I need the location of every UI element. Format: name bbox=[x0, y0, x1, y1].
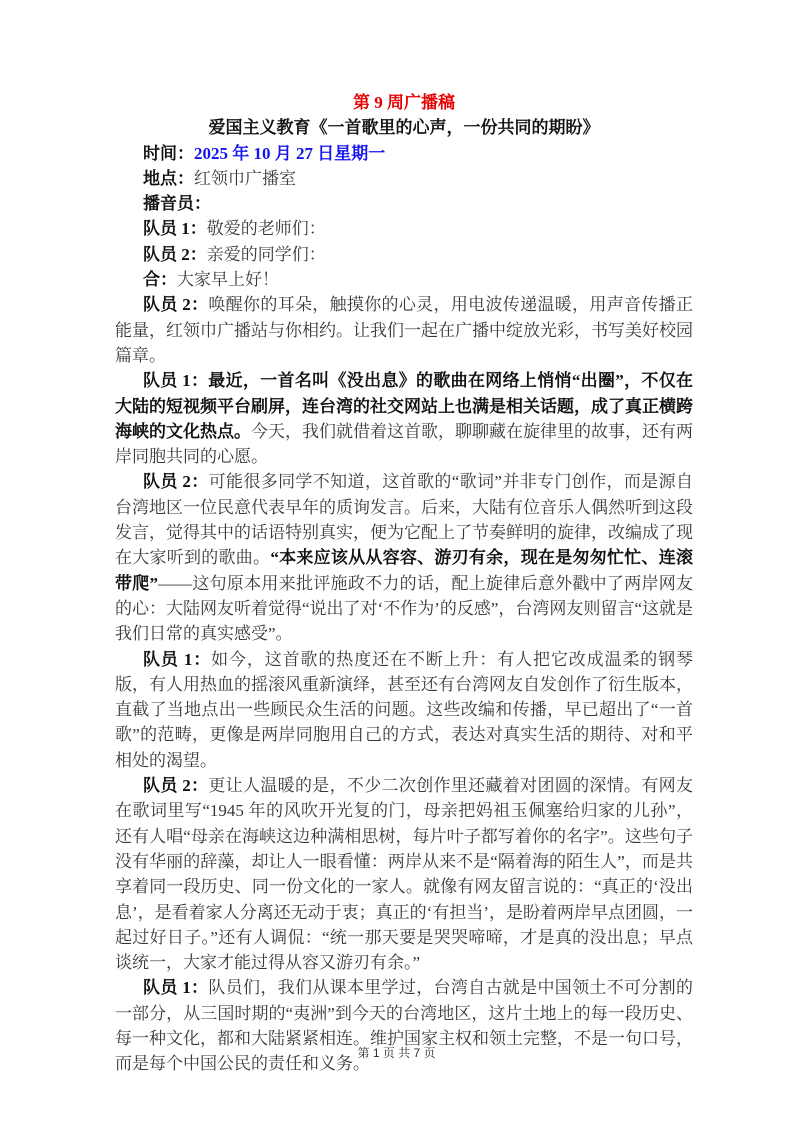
text-run: 合： bbox=[143, 270, 177, 289]
paragraph: 播音员： bbox=[115, 191, 693, 216]
paragraph: 地点：红领巾广播室 bbox=[115, 166, 693, 191]
paragraph: 合：大家早上好！ bbox=[115, 267, 693, 292]
paragraph: 队员 2：可能很多同学不知道，这首歌的“歌词”并非专门创作，而是源自台湾地区一位… bbox=[115, 469, 693, 646]
text-run: 队员 2： bbox=[143, 472, 209, 491]
paragraph: 队员 2：更让人温暖的是，不少二次创作里还藏着对团圆的深情。有网友在歌词里写“1… bbox=[115, 773, 693, 975]
text-run: 更让人温暖的是，不少二次创作里还藏着对团圆的深情。有网友在歌词里写“1945 年… bbox=[115, 776, 693, 972]
text-run: 队员 1： bbox=[143, 219, 207, 238]
text-run: 队员 2： bbox=[143, 245, 207, 264]
text-run: 队员 2： bbox=[143, 776, 208, 795]
text-run: 敬爱的老师们： bbox=[207, 219, 326, 238]
text-run: 亲爱的同学们： bbox=[207, 245, 326, 264]
text-run: ——这句原本用来批评施政不力的话，配上旋律后意外戳中了两岸网友的心：大陆网友听着… bbox=[115, 574, 693, 644]
paragraph: 队员 1：敬爱的老师们： bbox=[115, 216, 693, 241]
text-run: 时间： bbox=[143, 144, 194, 163]
text-run: 队员 1： bbox=[143, 650, 211, 669]
document-page: 第 9 周广播稿 爱国主义教育《一首歌里的心声，一份共同的期盼》 时间：2025… bbox=[0, 0, 793, 1122]
document-subtitle: 爱国主义教育《一首歌里的心声，一份共同的期盼》 bbox=[115, 115, 693, 140]
text-run: 2025 年 10 月 27 日星期一 bbox=[194, 144, 385, 163]
text-run: 大家早上好！ bbox=[177, 270, 279, 289]
text-run: 红领巾广播室 bbox=[194, 169, 296, 188]
document-content: 第 9 周广播稿 爱国主义教育《一首歌里的心声，一份共同的期盼》 时间：2025… bbox=[115, 90, 693, 1077]
paragraph: 队员 1：如今，这首歌的热度还在不断上升：有人把它改成温柔的钢琴版，有人用热血的… bbox=[115, 647, 693, 773]
paragraph: 时间：2025 年 10 月 27 日星期一 bbox=[115, 141, 693, 166]
page-title: 第 9 周广播稿 bbox=[115, 90, 693, 115]
text-run: 地点： bbox=[143, 169, 194, 188]
paragraph: 队员 1：最近，一首名叫《没出息》的歌曲在网络上悄悄“出圈”，不仅在大陆的短视频… bbox=[115, 368, 693, 469]
document-body: 时间：2025 年 10 月 27 日星期一地点：红领巾广播室播音员：队员 1：… bbox=[115, 141, 693, 1077]
text-run: 队员 1： bbox=[143, 978, 208, 997]
page-footer: 第 1 页 共 7 页 bbox=[0, 1044, 793, 1061]
text-run: 队员 2： bbox=[143, 295, 208, 314]
paragraph: 队员 1：队员们，我们从课本里学过，台湾自古就是中国领土不可分割的一部分，从三国… bbox=[115, 975, 693, 1076]
paragraph: 队员 2：亲爱的同学们： bbox=[115, 242, 693, 267]
text-run: 播音员： bbox=[143, 194, 211, 213]
paragraph: 队员 2：唤醒你的耳朵，触摸你的心灵，用电波传递温暖，用声音传播正能量，红领巾广… bbox=[115, 292, 693, 368]
